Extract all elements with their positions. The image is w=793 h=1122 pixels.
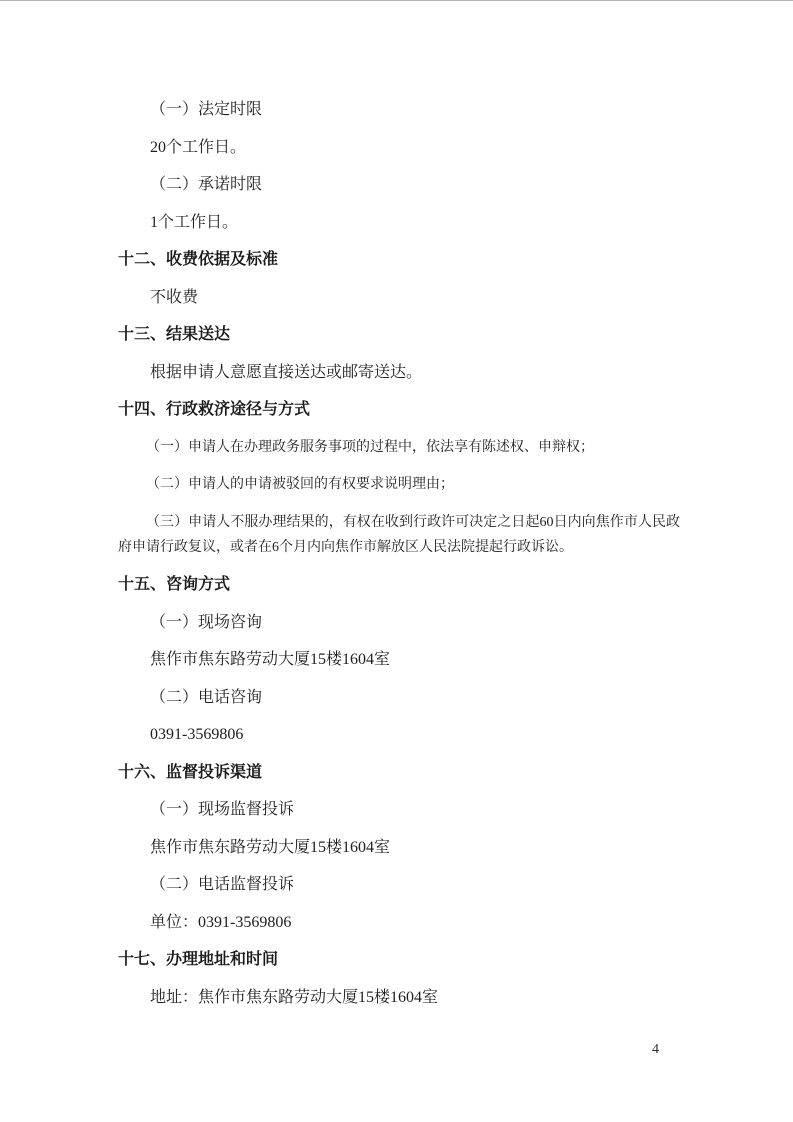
- page-number: 4: [652, 1042, 659, 1058]
- paragraph: （二）承诺时限: [118, 172, 680, 197]
- section-heading: 十二、收费依据及标准: [118, 247, 680, 272]
- paragraph: 地址：焦作市焦东路劳动大厦15楼1604室: [118, 985, 680, 1010]
- paragraph: 不收费: [118, 285, 680, 310]
- paragraph: （二）电话咨询: [118, 685, 680, 710]
- paragraph: 单位：0391-3569806: [118, 910, 680, 935]
- paragraph: 焦作市焦东路劳动大厦15楼1604室: [118, 835, 680, 860]
- paragraph: （一）法定时限: [118, 97, 680, 122]
- paragraph: 20个工作日。: [118, 135, 680, 160]
- section-heading: 十六、监督投诉渠道: [118, 760, 680, 785]
- paragraph: （一）现场咨询: [118, 610, 680, 635]
- paragraph: 0391-3569806: [118, 722, 680, 747]
- paragraph: （一）申请人在办理政务服务事项的过程中，依法享有陈述权、申辩权；: [118, 435, 680, 460]
- paragraph: （二）电话监督投诉: [118, 872, 680, 897]
- section-heading: 十四、行政救济途径与方式: [118, 397, 680, 422]
- section-heading: 十五、咨询方式: [118, 572, 680, 597]
- document-page: （一）法定时限20个工作日。（二）承诺时限1个工作日。十二、收费依据及标准不收费…: [0, 0, 793, 1122]
- section-heading: 十七、办理地址和时间: [118, 947, 680, 972]
- paragraph: 根据申请人意愿直接送达或邮寄送达。: [118, 360, 680, 385]
- paragraph: 1个工作日。: [118, 210, 680, 235]
- paragraph: 焦作市焦东路劳动大厦15楼1604室: [118, 647, 680, 672]
- paragraph: （二）申请人的申请被驳回的有权要求说明理由；: [118, 472, 680, 497]
- paragraph: （一）现场监督投诉: [118, 797, 680, 822]
- paragraph: （三）申请人不服办理结果的，有权在收到行政许可决定之日起60日内向焦作市人民政府…: [118, 510, 680, 560]
- section-heading: 十三、结果送达: [118, 322, 680, 347]
- document-content: （一）法定时限20个工作日。（二）承诺时限1个工作日。十二、收费依据及标准不收费…: [118, 97, 680, 1022]
